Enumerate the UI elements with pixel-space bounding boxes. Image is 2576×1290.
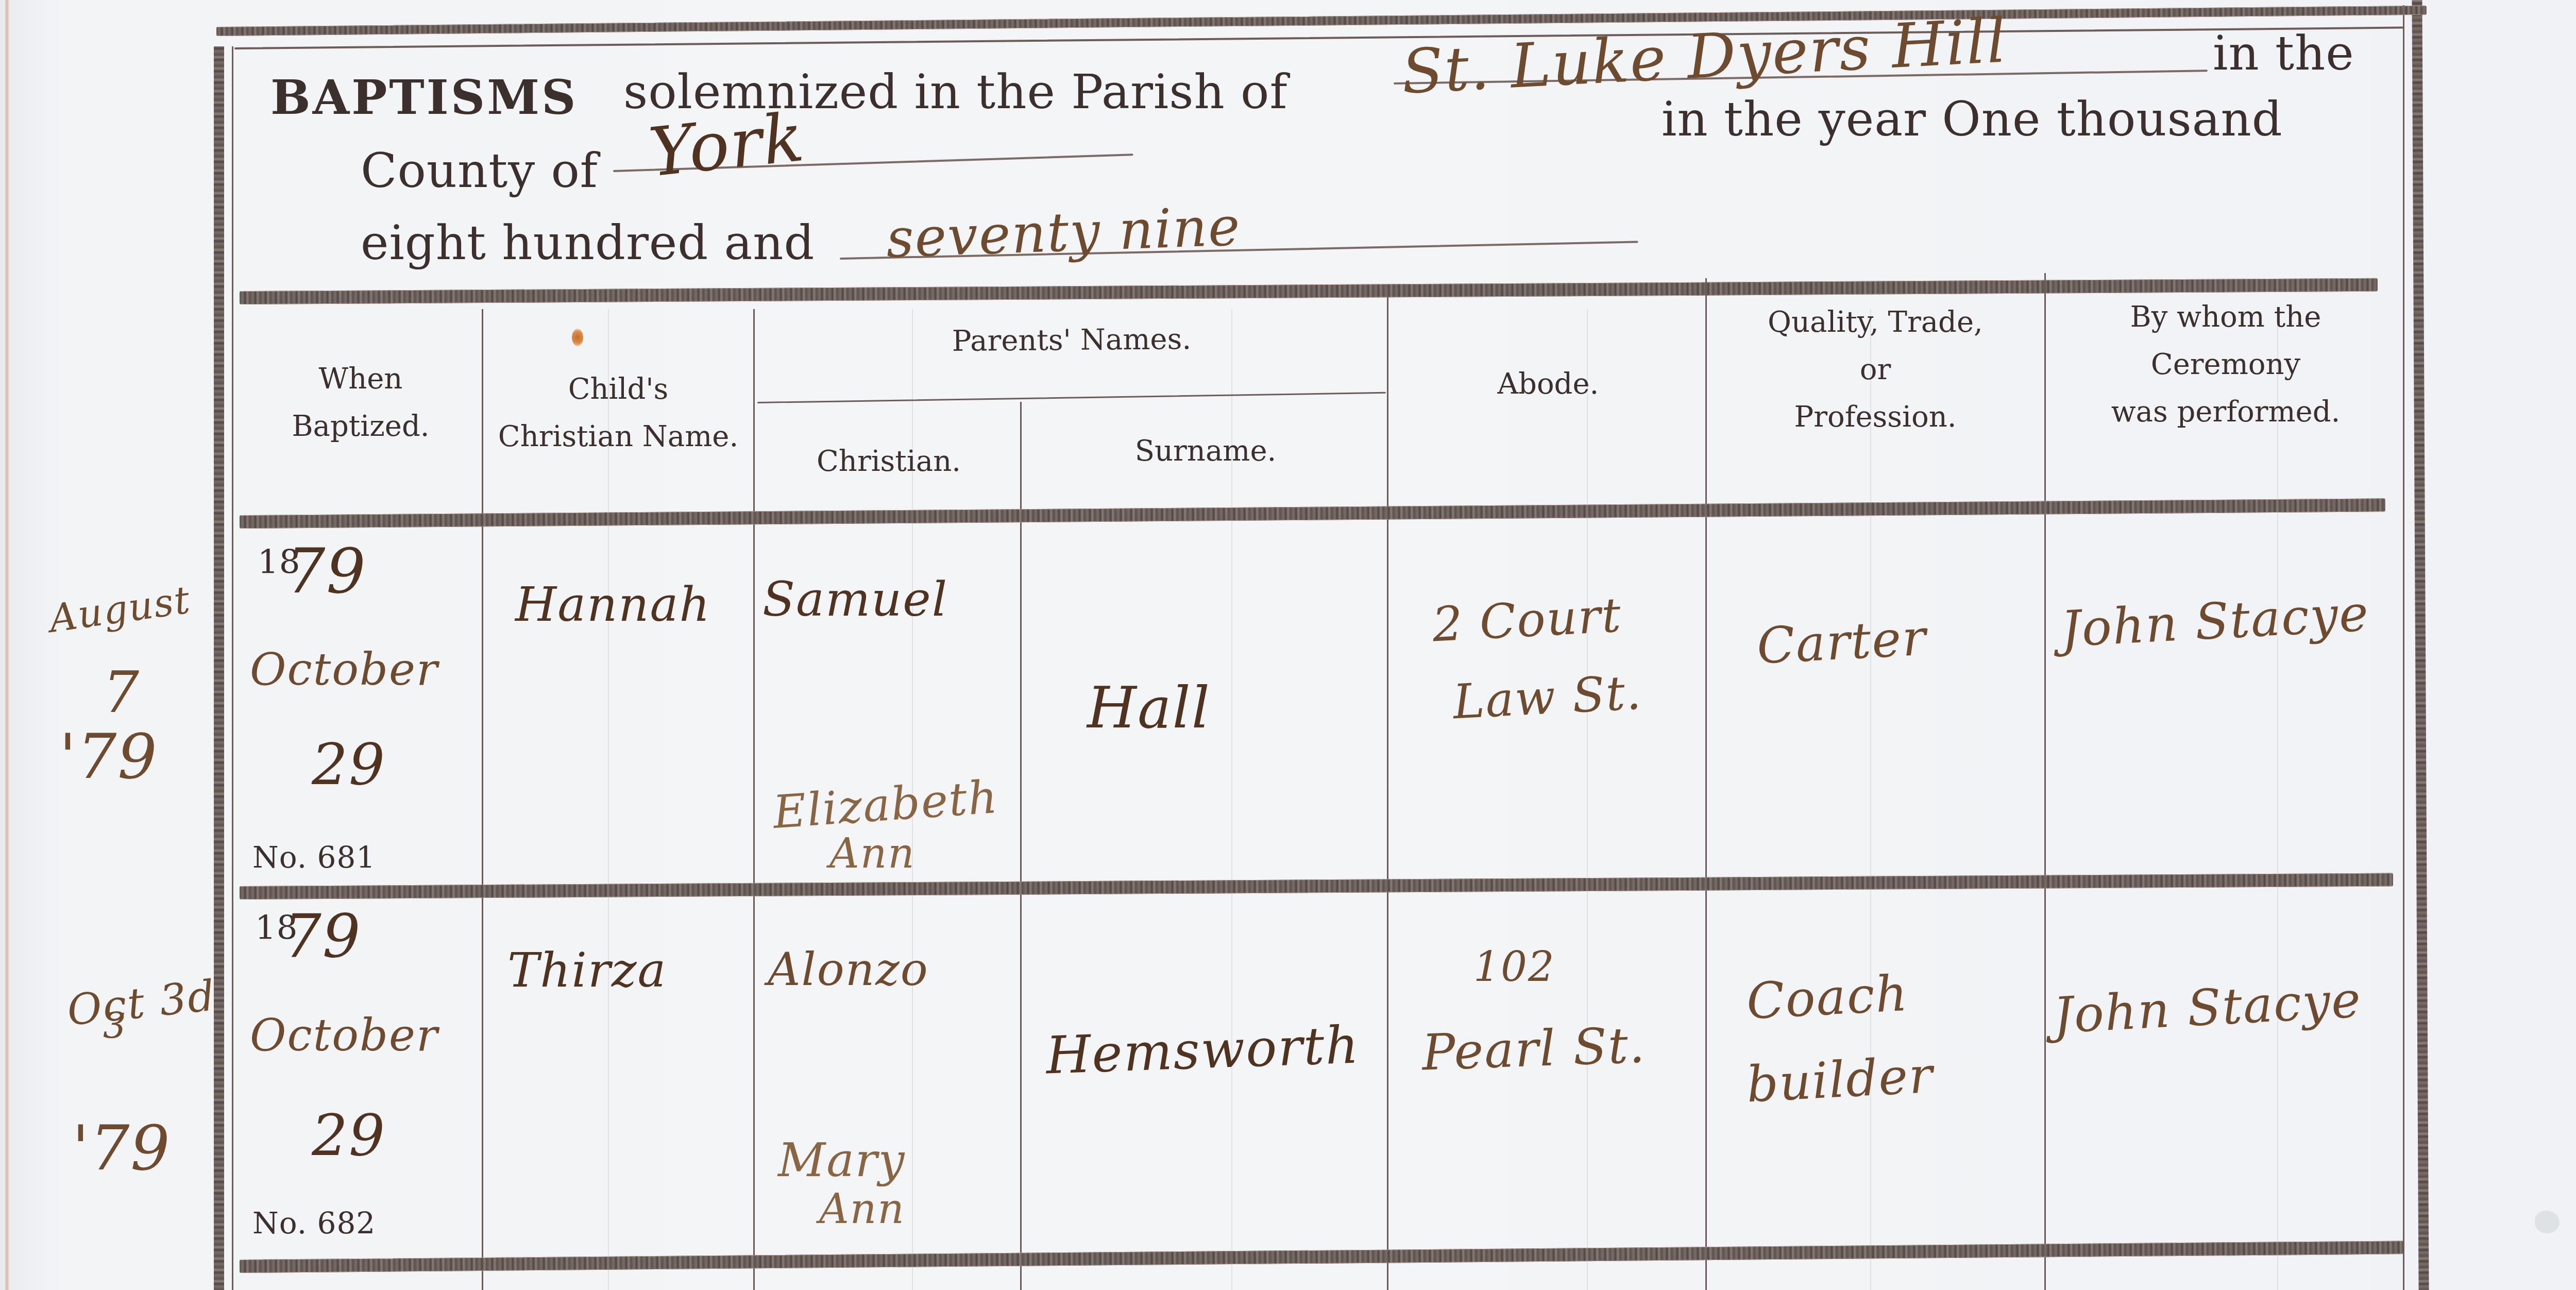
row-1-bottom-rule: [240, 873, 2393, 899]
col-divider-child-christian: [753, 309, 755, 1290]
faint-guide-5: [1870, 309, 1871, 1290]
parent-christian-mother-2: Ann: [829, 829, 916, 877]
margin-note-day: 3: [103, 1005, 127, 1047]
header-quality-trade-profession: Quality, Trade, or Profession.: [1708, 299, 2043, 441]
year-label: eight hundred and: [361, 215, 815, 270]
parent-surname: Hall: [1087, 675, 1211, 741]
county-label: County of: [361, 143, 598, 198]
header-parents-christian: Christian.: [757, 438, 1020, 485]
baptism-day: 29: [312, 732, 386, 797]
ink-stain: [572, 329, 583, 346]
entry-number: No. 681: [252, 840, 376, 875]
col-divider-abode-quality: [1705, 278, 1707, 1290]
parents-header-divider: [757, 392, 1386, 403]
margin-note-year: '79: [72, 1113, 171, 1184]
col-divider-when-child: [482, 309, 483, 1290]
frame-left-thin: [232, 46, 233, 1290]
margin-note-day: 7: [103, 659, 140, 725]
paper-smudge: [2535, 1211, 2560, 1233]
profession-line-1: Coach: [1745, 964, 1910, 1030]
faint-guide-4: [1587, 309, 1588, 1290]
register-page: BAPTISMS solemnized in the Parish of St.…: [0, 0, 2576, 1290]
parent-christian-mother: Mary: [778, 1133, 906, 1187]
year-handwritten: 79: [283, 902, 362, 971]
county-year-text: in the year One thousand: [1662, 92, 2283, 147]
baptism-month: October: [250, 1010, 438, 1061]
page-binding-edge: [5, 0, 9, 1290]
abode-line-2: Pearl St.: [1421, 1016, 1647, 1081]
abode-line-1: 2 Court: [1431, 587, 1623, 652]
parent-christian-father: Alonzo: [768, 943, 929, 996]
faint-guide-6: [2277, 309, 2278, 1290]
header-when: When Baptized.: [242, 355, 479, 450]
margin-note-month: August: [46, 578, 193, 641]
frame-right-thin: [2403, 5, 2404, 1290]
header-abode: Abode.: [1391, 361, 1705, 408]
frame-right-thick: [2412, 0, 2429, 1290]
parent-christian-father: Samuel: [762, 572, 948, 627]
profession: Carter: [1755, 608, 1928, 675]
header-parents-names: Parents' Names.: [757, 314, 1386, 367]
parent-surname: Hemsworth: [1045, 1014, 1360, 1085]
child-christian-name: Thirza: [507, 943, 667, 998]
col-divider-quality-bywhom: [2044, 273, 2046, 1290]
row-2-bottom-rule: [240, 1241, 2403, 1273]
baptism-month: October: [250, 644, 438, 695]
parent-christian-mother-2: Ann: [819, 1185, 905, 1233]
margin-note-month: Oct 3d: [65, 971, 218, 1036]
officiant: John Stacye: [2052, 971, 2363, 1044]
baptism-day: 29: [312, 1102, 386, 1168]
col-divider-christian-surname: [1020, 402, 1022, 1290]
margin-note-year: '79: [59, 721, 158, 793]
title-baptisms: BAPTISMS: [270, 70, 578, 125]
year-handwritten: seventy nine: [885, 195, 1242, 270]
county-handwritten: York: [646, 98, 808, 192]
abode-line-2: Law St.: [1451, 665, 1643, 729]
child-christian-name: Hannah: [515, 577, 711, 632]
frame-left-thick: [214, 46, 224, 1290]
col-divider-surname-abode: [1387, 288, 1388, 1290]
abode-line-1: 102: [1473, 943, 1555, 991]
header-bottom-rule: [240, 498, 2385, 529]
officiant: John Stacye: [2059, 584, 2370, 658]
header-parents-surname: Surname.: [1025, 428, 1386, 475]
header-by-whom: By whom the Ceremony was performed.: [2048, 294, 2403, 436]
year-handwritten: 79: [286, 536, 367, 607]
header-child-name: Child's Christian Name.: [484, 366, 752, 461]
parent-christian-mother: Elizabeth: [771, 770, 1000, 839]
profession-line-2: builder: [1745, 1046, 1935, 1114]
entry-number: No. 682: [252, 1206, 376, 1241]
title-in-the: in the: [2213, 26, 2354, 81]
